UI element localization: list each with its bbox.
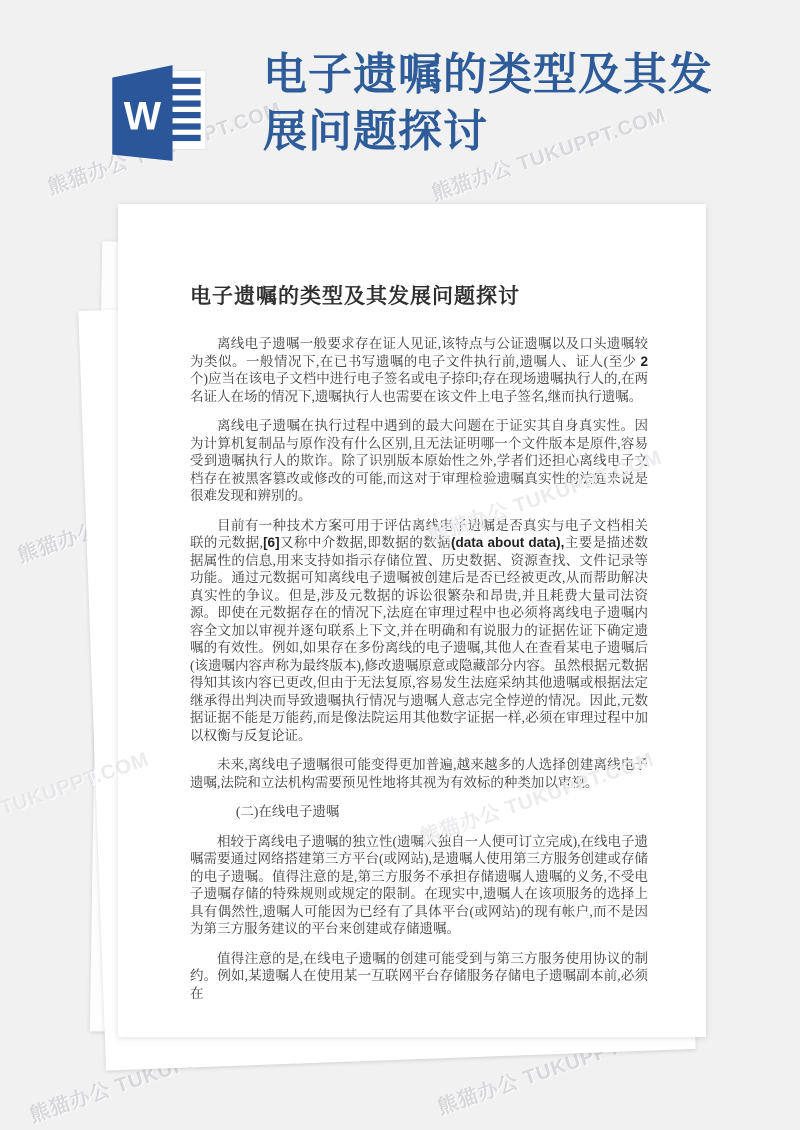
- paragraph: 值得注意的是,在线电子遗嘱的创建可能受到与第三方服务使用协议的制约。例如,某遗嘱…: [190, 950, 648, 1003]
- paragraph: 相较于离线电子遗嘱的独立性(遗嘱人独自一人便可订立完成),在线电子遗嘱需要通过网…: [190, 833, 648, 938]
- section-heading: (二)在线电子遗嘱: [190, 803, 648, 821]
- paragraph: 离线电子遗嘱一般要求存在证人见证,该特点与公证遗嘱以及口头遗嘱较为类似。一般情况…: [190, 335, 648, 405]
- document-body: 离线电子遗嘱一般要求存在证人见证,该特点与公证遗嘱以及口头遗嘱较为类似。一般情况…: [190, 335, 648, 1002]
- document-page: 电子遗嘱的类型及其发展问题探讨 离线电子遗嘱一般要求存在证人见证,该特点与公证遗…: [118, 204, 706, 1037]
- paragraph: 目前有一种技术方案可用于评估离线电子遗嘱是否真实与电子文档相关联的元数据,[6]…: [190, 517, 648, 745]
- document-title: 电子遗嘱的类型及其发展问题探讨: [190, 283, 648, 309]
- word-icon: W: [106, 64, 210, 162]
- paragraph: 离线电子遗嘱在执行过程中遇到的最大问题在于证实其自身真实性。因为计算机复制品与原…: [190, 417, 648, 505]
- header: W 电子遗嘱的类型及其发 展问题探讨: [0, 0, 800, 204]
- page-title-line1: 电子遗嘱的类型及其发: [263, 46, 738, 103]
- svg-text:W: W: [124, 95, 162, 139]
- paragraph: 未来,离线电子遗嘱很可能变得更加普遍,越来越多的人选择创建离线电子遗嘱,法院和立…: [190, 756, 648, 791]
- page-title: 电子遗嘱的类型及其发 展问题探讨: [263, 46, 738, 160]
- page-title-line2: 展问题探讨: [263, 103, 738, 160]
